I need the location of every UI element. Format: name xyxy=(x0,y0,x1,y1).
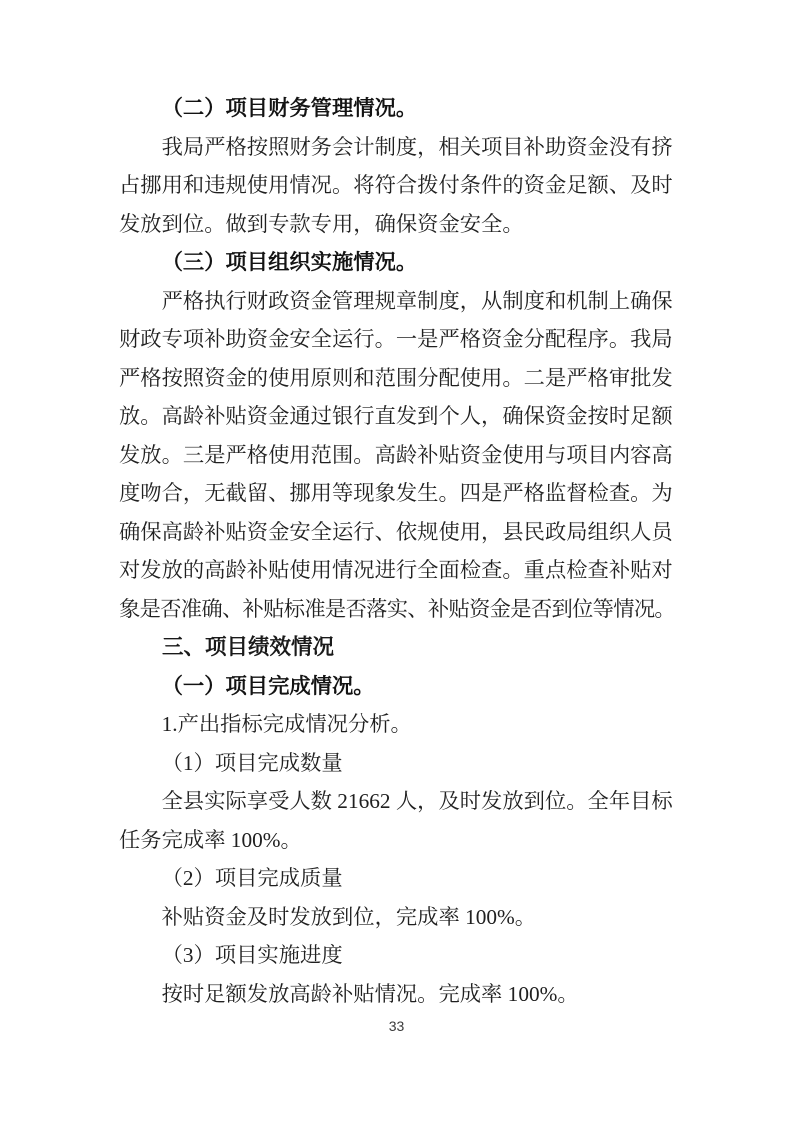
text-line: （三）项目组织实施情况。 xyxy=(119,243,675,282)
text-line: 发放。三是严格使用范围。高龄补贴资金使用与项目内容高 xyxy=(119,436,675,475)
text-line: 我局严格按照财务会计制度，相关项目补助资金没有挤 xyxy=(119,128,675,167)
text-line: 按时足额发放高龄补贴情况。完成率 100%。 xyxy=(119,975,675,1014)
text-line: 财政专项补助资金安全运行。一是严格资金分配程序。我局 xyxy=(119,320,675,359)
text-line: 象是否准确、补贴标准是否落实、补贴资金是否到位等情况。 xyxy=(119,590,675,629)
para-implementation-progress-heading: （3）项目实施进度 xyxy=(119,936,675,975)
text-line: （一）项目完成情况。 xyxy=(119,667,675,706)
text-line: （3）项目实施进度 xyxy=(119,936,675,975)
text-line: 严格按照资金的使用原则和范围分配使用。二是严格审批发 xyxy=(119,359,675,398)
page-content: （二）项目财务管理情况。我局严格按照财务会计制度，相关项目补助资金没有挤占挪用和… xyxy=(119,89,675,1013)
text-line: （2）项目完成质量 xyxy=(119,859,675,898)
section-heading-performance: 三、项目绩效情况 xyxy=(119,628,675,667)
text-line: 放。高龄补贴资金通过银行直发到个人，确保资金按时足额 xyxy=(119,397,675,436)
text-line: 度吻合，无截留、挪用等现象发生。四是严格监督检查。为 xyxy=(119,474,675,513)
para-completion-quantity-heading: （1）项目完成数量 xyxy=(119,744,675,783)
text-line: 发放到位。做到专款专用，确保资金安全。 xyxy=(119,205,675,244)
text-line: 确保高龄补贴资金安全运行、依规使用，县民政局组织人员 xyxy=(119,513,675,552)
text-line: 全县实际享受人数 21662 人，及时发放到位。全年目标 xyxy=(119,782,675,821)
text-line: 三、项目绩效情况 xyxy=(119,628,675,667)
para-completion-quantity-detail: 全县实际享受人数 21662 人，及时发放到位。全年目标任务完成率 100%。 xyxy=(119,782,675,859)
text-line: 对发放的高龄补贴使用情况进行全面检查。重点检查补贴对 xyxy=(119,551,675,590)
para-completion-quality-detail: 补贴资金及时发放到位，完成率 100%。 xyxy=(119,898,675,937)
text-line: （1）项目完成数量 xyxy=(119,744,675,783)
text-line: （二）项目财务管理情况。 xyxy=(119,89,675,128)
para-output-indicator-analysis: 1.产出指标完成情况分析。 xyxy=(119,705,675,744)
section-heading-organization-implementation: （三）项目组织实施情况。 xyxy=(119,243,675,282)
para-finance-management: 我局严格按照财务会计制度，相关项目补助资金没有挤占挪用和违规使用情况。将符合拨付… xyxy=(119,128,675,244)
para-implementation-progress-detail: 按时足额发放高龄补贴情况。完成率 100%。 xyxy=(119,975,675,1014)
para-organization-implementation: 严格执行财政资金管理规章制度，从制度和机制上确保财政专项补助资金安全运行。一是严… xyxy=(119,282,675,629)
text-line: 1.产出指标完成情况分析。 xyxy=(119,705,675,744)
page-number: 33 xyxy=(0,1016,793,1036)
document-page: （二）项目财务管理情况。我局严格按照财务会计制度，相关项目补助资金没有挤占挪用和… xyxy=(0,0,793,1122)
text-line: 任务完成率 100%。 xyxy=(119,821,675,860)
subsection-heading-completion: （一）项目完成情况。 xyxy=(119,667,675,706)
section-heading-finance-management: （二）项目财务管理情况。 xyxy=(119,89,675,128)
para-completion-quality-heading: （2）项目完成质量 xyxy=(119,859,675,898)
text-line: 严格执行财政资金管理规章制度，从制度和机制上确保 xyxy=(119,282,675,321)
text-line: 占挪用和违规使用情况。将符合拨付条件的资金足额、及时 xyxy=(119,166,675,205)
text-line: 补贴资金及时发放到位，完成率 100%。 xyxy=(119,898,675,937)
